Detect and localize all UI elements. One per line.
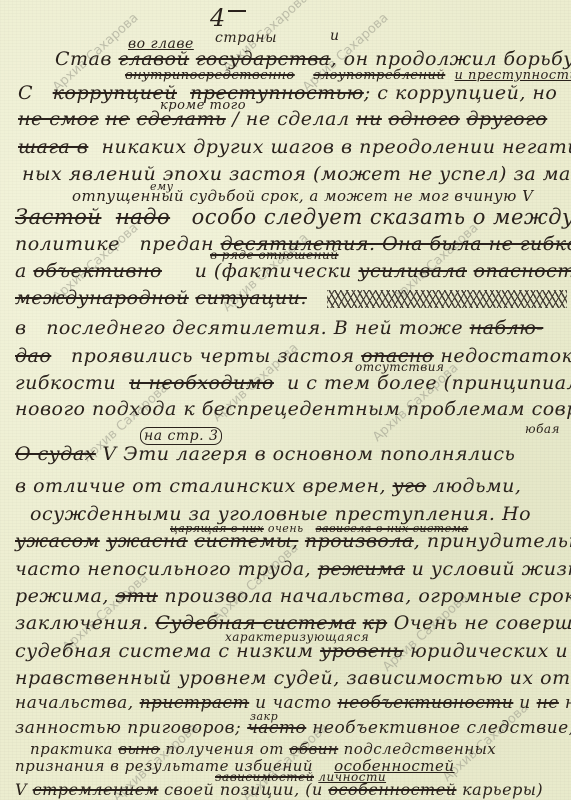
text-line: отпущенный судьбой срок, а может не мог … (72, 187, 533, 205)
text-line: шага в никаких других шагов в преодолени… (18, 136, 571, 158)
text-line: гибкости и необходимо и с тем более (при… (15, 372, 571, 394)
page-number-dash (228, 10, 246, 12)
page-number: 4 (210, 4, 225, 32)
text-line: в последнего десятилетия. В ней тоже наб… (15, 317, 543, 339)
text-line: внутрипосредственно злоупотреблений и пр… (125, 68, 571, 83)
text-line: часто непосильного труда, режима и услов… (15, 558, 571, 580)
text-line: в отличие от сталинских времен, уго людь… (15, 475, 521, 497)
text-line: практика выно получения от обвин подслед… (30, 740, 496, 758)
manuscript-page: Архив Сахарова Архив Сахарова Архив Саха… (0, 0, 571, 800)
text-line: не смог не сделать / не сделал ни одного… (18, 108, 547, 130)
text-line: V стремлением своей позиции, (и особенно… (15, 780, 543, 799)
text-line: судебная система с низким уровень юридич… (15, 640, 568, 662)
text-line: международной ситуации. (15, 287, 567, 309)
text-line: занностью приговоров; часто необъективно… (15, 718, 571, 738)
insertion: и (330, 28, 340, 44)
scribbled-out-text (327, 290, 567, 308)
text-line: нового подхода к беспрецедентным проблем… (15, 398, 571, 420)
text-line: С коррупцией преступностью; с коррупцией… (18, 82, 557, 104)
text-line: ужасом ужасна системы, произвола, принуд… (15, 530, 571, 552)
text-line: нравственный уровнем судей, зависимостью… (15, 667, 571, 689)
text-line: а объективно и (фактически усиливала опа… (15, 260, 571, 282)
cross-reference: на стр. 3 (140, 428, 222, 444)
text-line: режима, эти произвола начальства, огромн… (15, 585, 571, 607)
text-line: О судах V Эти лагеря в основном пополнял… (15, 443, 515, 465)
text-line: начальства, пристраст и часто необъектив… (15, 693, 571, 713)
insertion: юбая (525, 422, 560, 436)
text-line: Став главой государства, он продолжил бо… (55, 48, 571, 70)
text-line: дао проявились черты застоя опасно недос… (15, 345, 571, 367)
text-line: Застой надо особо следует сказать о межд… (15, 205, 571, 229)
insertion: страны (215, 30, 277, 46)
text-line: ных явлений эпохи застоя (может не успел… (22, 163, 571, 185)
